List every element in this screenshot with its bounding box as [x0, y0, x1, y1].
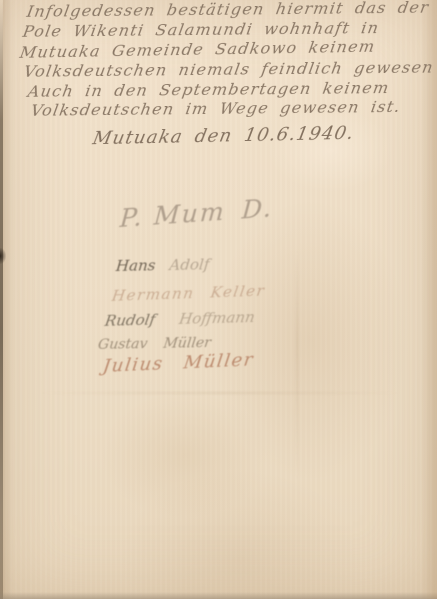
signature: HansAdolf [115, 255, 210, 275]
signature-name-part: Hans [115, 256, 156, 275]
signature: P. MumD. [119, 193, 274, 233]
signature-name-part: Müller [162, 335, 211, 352]
left-edge-dark-notch [0, 248, 6, 264]
signature-name-part: Hoffmann [178, 308, 256, 328]
signature-name-part: Julius [102, 353, 165, 377]
photo-bottom-edge [0, 592, 437, 599]
handwriting-line: Volksdeutschen im Wege gewesen ist. [29, 97, 402, 120]
signature-name-part: Müller [182, 349, 255, 373]
signature-name-part: Adolf [169, 255, 210, 274]
signature-name-part: Gustav [97, 336, 148, 353]
signature-name-part: Hermann [111, 284, 196, 305]
signature: HermannKeller [111, 282, 267, 305]
signature: RudolfHoffmann [104, 308, 257, 330]
paper-crease-vertical [296, 250, 298, 480]
signature: GustavMüller [97, 335, 212, 353]
paper-crease-horizontal [40, 392, 400, 394]
dateline: Mutuaka den 10.6.1940. [91, 123, 356, 149]
signature-name-part: P. Mum [119, 197, 227, 233]
signature-name-part: Rudolf [104, 311, 157, 330]
signature: JuliusMüller [102, 349, 256, 377]
photo-left-edge-shadow [3, 0, 13, 599]
signature-name-part: Keller [209, 282, 266, 302]
document-page: Infolgedessen bestätigen hiermit das der… [0, 0, 437, 599]
paper-right-shading [421, 0, 437, 599]
signature-name-part: D. [241, 193, 274, 224]
